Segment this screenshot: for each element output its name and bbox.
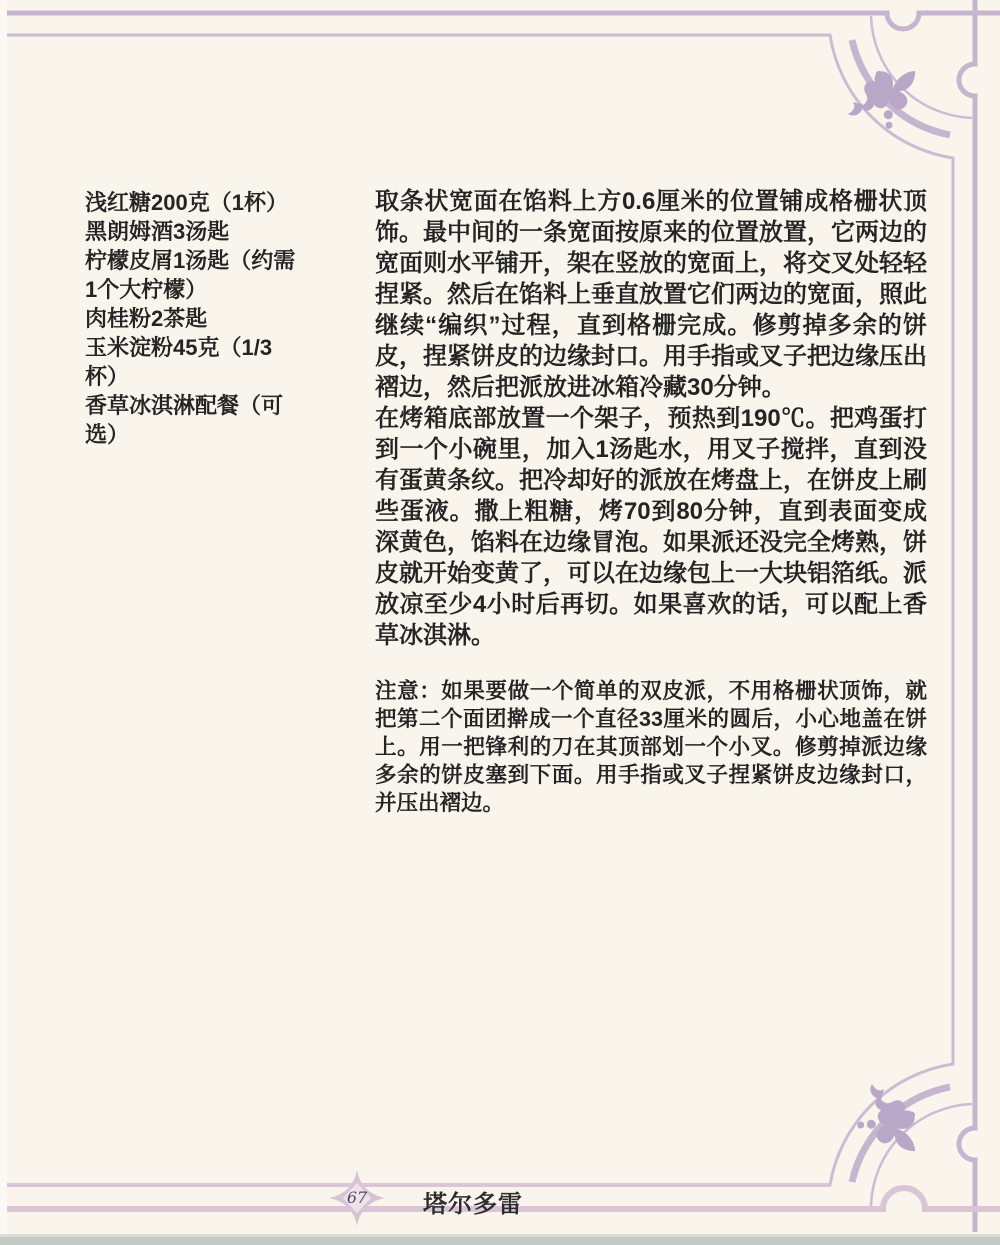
ingredient-item: 香草冰淇淋配餐（可选）	[85, 391, 297, 449]
ingredient-item: 肉桂粉2茶匙	[85, 304, 297, 333]
ingredient-item: 玉米淀粉45克（1/3杯）	[85, 333, 297, 391]
ingredient-list: 浅红糖200克（1杯） 黑朗姆酒3汤匙 柠檬皮屑1汤匙（约需1个大柠檬） 肉桂粉…	[85, 188, 297, 449]
book-page: 浅红糖200克（1杯） 黑朗姆酒3汤匙 柠檬皮屑1汤匙（约需1个大柠檬） 肉桂粉…	[0, 0, 1000, 1245]
instruction-paragraph-2: 在烤箱底部放置一个架子，预热到190℃。把鸡蛋打到一个小碗里，加入1汤匙水，用叉…	[375, 403, 927, 651]
border-top	[0, 13, 1000, 29]
instruction-paragraph-1: 取条状宽面在馅料上方0.6厘米的位置铺成格栅状顶饰。最中间的一条宽面按原来的位置…	[375, 186, 927, 403]
corner-ornament-bottom-right	[843, 1077, 972, 1206]
scan-edge-strip	[0, 1234, 1000, 1245]
ingredient-item: 浅红糖200克（1杯）	[85, 188, 297, 217]
ingredient-item: 柠檬皮屑1汤匙（约需1个大柠檬）	[85, 246, 297, 304]
section-title: 塔尔多雷	[423, 1184, 523, 1219]
page-edge-strip	[0, 0, 7, 1245]
border-right	[959, 0, 975, 1232]
instructions-column: 取条状宽面在馅料上方0.6厘米的位置铺成格栅状顶饰。最中间的一条宽面按原来的位置…	[375, 186, 927, 817]
corner-ornament-top-right	[841, 16, 972, 143]
page-number: 67	[327, 1188, 387, 1207]
note-paragraph: 注意：如果要做一个简单的双皮派，不用格栅状顶饰，就把第二个面团擀成一个直径33厘…	[375, 677, 927, 817]
ingredient-item: 黑朗姆酒3汤匙	[85, 217, 297, 246]
